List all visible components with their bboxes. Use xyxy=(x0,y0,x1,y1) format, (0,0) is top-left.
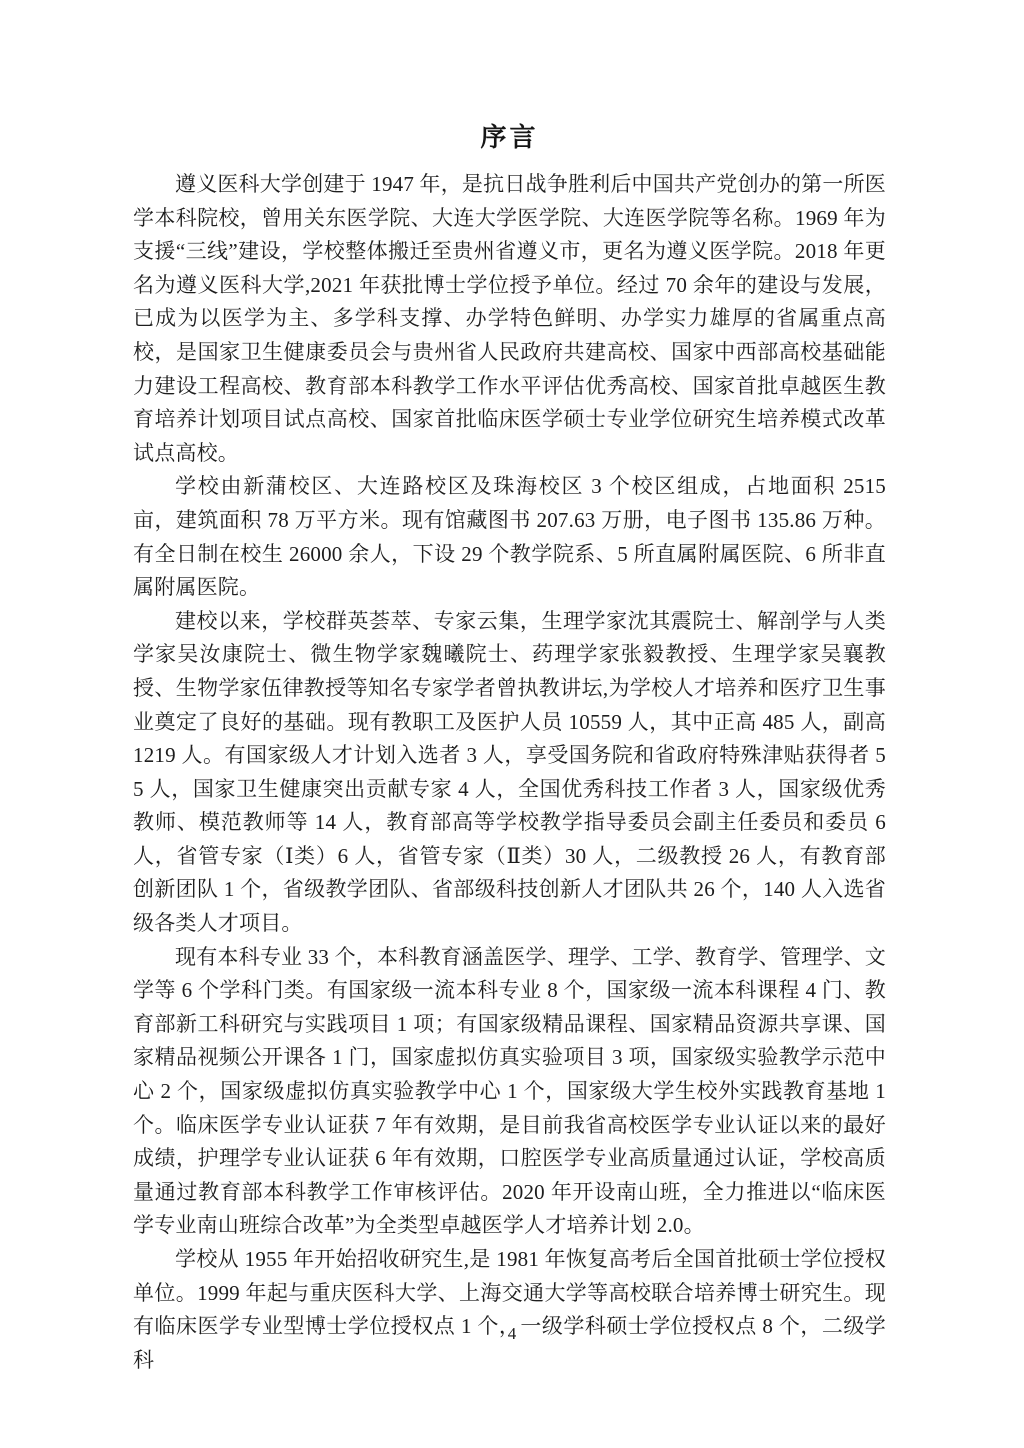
paragraph-graduate-education: 学校从 1955 年开始招收研究生,是 1981 年恢复高考后全国首批硕士学位授… xyxy=(133,1243,886,1377)
paragraph-programs-accreditation: 现有本科专业 33 个，本科教育涵盖医学、理学、工学、教育学、管理学、文学等 6… xyxy=(133,941,886,1243)
document-content: 序言 遵义医科大学创建于 1947 年，是抗日战争胜利后中国共产党创办的第一所医… xyxy=(133,121,886,1377)
page-number: 4 xyxy=(508,1324,517,1343)
page-footer: 4 xyxy=(0,1324,1024,1344)
paragraph-faculty-experts: 建校以来，学校群英荟萃、专家云集，生理学家沈其震院士、解剖学与人类学家吴汝康院士… xyxy=(133,605,886,941)
document-page: 序言 遵义医科大学创建于 1947 年，是抗日战争胜利后中国共产党创办的第一所医… xyxy=(0,0,1024,1448)
paragraph-campus-facts: 学校由新蒲校区、大连路校区及珠海校区 3 个校区组成，占地面积 2515 亩，建… xyxy=(133,470,886,604)
page-title: 序言 xyxy=(133,121,886,153)
paragraph-university-history: 遵义医科大学创建于 1947 年，是抗日战争胜利后中国共产党创办的第一所医学本科… xyxy=(133,168,886,470)
